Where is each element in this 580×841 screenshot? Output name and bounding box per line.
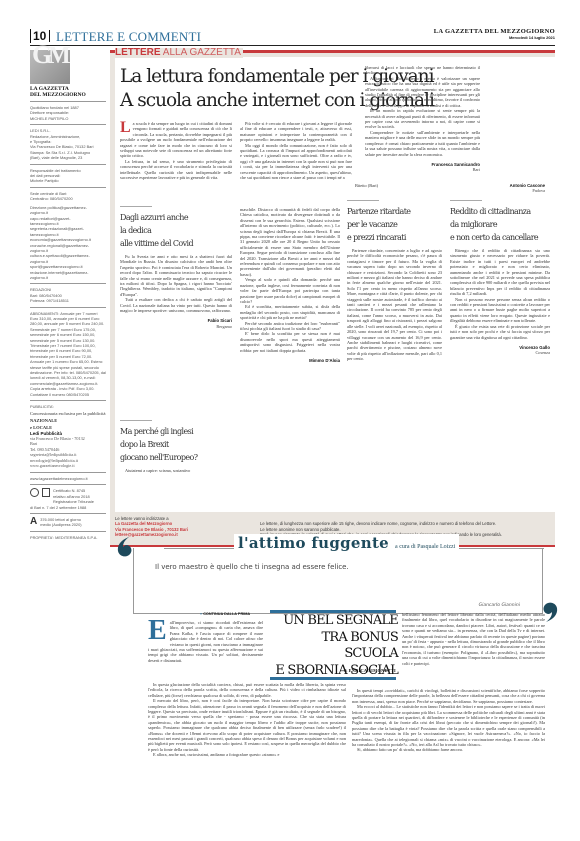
section-title: LETTERE E COMMENTI	[56, 29, 201, 45]
letter-reddito: Reddito di cittadinanza da migliorare e …	[450, 200, 550, 356]
quote-box: l'attimo fuggente a cura di Pasquale Loi…	[133, 548, 543, 614]
pubblicita-block: PUBBLICITA': Concessionaria esclusiva pe…	[30, 400, 106, 472]
letter-headline: Partenze ritardate per le vacanze e prez…	[347, 205, 442, 244]
company-block: LEDI S.R.L. Redazione, Amministrazione, …	[30, 124, 106, 163]
certification-seal-icon	[30, 488, 39, 497]
signature-block: Antonio Cascone Padova	[445, 183, 545, 194]
opinion-intro: Eall'improvviso, ci siamo ricordati dell…	[148, 620, 263, 663]
letters-content: LETTERE ALLA GAZZETTA La lettura fondame…	[115, 57, 555, 512]
continued-from-front: » CONTINUA DALLA PRIMA	[200, 612, 250, 616]
signature-city: Bitetto (Bari)	[355, 183, 395, 188]
signature-city: Bergamo	[120, 324, 232, 329]
main-headline: La lettura fondamentale per i giovani A …	[120, 65, 365, 113]
quote-title: l'attimo fuggente	[238, 534, 389, 552]
website-block: www.lagazzettadelmezzogiorno.it	[30, 472, 106, 484]
dropcap: L	[120, 121, 131, 134]
letter-vacanze: Partenze ritardate per le vacanze e prez…	[347, 200, 442, 362]
main-letter-col3: liberarsi di lacci e lacciuoli che spess…	[365, 65, 480, 173]
owner-block: PROPRIETA': MEDITERRANEA S.P.A.	[30, 531, 106, 543]
gm-logo-icon: G M	[30, 50, 70, 84]
quote-curator: a cura di Pasquale Loizzi	[395, 544, 455, 550]
newspaper-name: LA GAZZETTA DEL MEZZOGIORNO	[434, 28, 555, 35]
web-link[interactable]: www.gazzettanecrologie.it	[30, 463, 106, 469]
opinion-col1: In questa glaciazione della socialità ca…	[148, 682, 346, 758]
letter-brexit-start: Ma perché gli inglesi dopo la Brexit gio…	[120, 420, 232, 473]
main-letter-col1: La scuola è da sempre un luogo in cui i …	[120, 121, 232, 180]
main-letter-col2: Più volte si è cercato di educare i giov…	[240, 121, 352, 180]
submission-address: Le lettere vanno indirizzate a La Gazzet…	[115, 516, 188, 537]
opinion-col2-top: bellissimo fenomeno del lettore liberato…	[402, 612, 545, 666]
quote-text: Il vero maestro è quello che ti insegna …	[155, 561, 355, 574]
readers-block: A 376.000 lettori al giorno medio (Audip…	[30, 513, 106, 531]
letters-section: LETTERE ALLA GAZZETTA La lettura fondame…	[110, 50, 555, 547]
signature-city: Cosenza	[450, 350, 550, 355]
quote-title-block: l'attimo fuggente a cura di Pasquale Loi…	[234, 534, 459, 553]
logo-name: LA GAZZETTA DEL MEZZOGIORNO	[30, 86, 106, 98]
certification-block: Certificato N. 8745 relativo all'anno 20…	[30, 484, 106, 513]
signature: Mimmo D'Aloia	[240, 358, 340, 363]
letter-headline: Ma perché gli inglesi dopo la Brexit gio…	[120, 425, 232, 464]
director-block: Quotidiano fondato nel 1887 Direttore re…	[30, 101, 106, 124]
redazioni-block: REDAZIONI Bari: 080/5470400 Potenza: 097…	[30, 283, 106, 306]
website-link[interactable]: www.lagazzettadelmezzogiorno.it	[30, 476, 106, 481]
open-quote-icon	[115, 536, 137, 558]
quote-author: Giancarlo Giannini	[479, 603, 520, 608]
fieg-logo-icon	[42, 488, 50, 497]
letter-brexit-body: maschile. Distacco di comunità di fedeli…	[240, 207, 340, 363]
headquarters-block: Sede centrale di Bari: Centralino: 080/5…	[30, 187, 106, 284]
page-header: 10 LETTERE E COMMENTI LA GAZZETTA DEL ME…	[30, 28, 555, 46]
letter-headline: Reddito di cittadinanza da migliorare e …	[450, 205, 550, 244]
opinion-byline: di ENRICA SIMONETTI	[270, 668, 396, 673]
opinion-col2: In questi tempi «coviddati», carichi di …	[352, 688, 545, 753]
dropcap: E	[148, 620, 167, 642]
signature-city: Bari	[365, 167, 480, 172]
privacy-block: Responsabile del trattamento dei dati pe…	[30, 164, 106, 187]
abbonamenti-block: ABBONAMENTI: Annuale per 7 numeri Euro 3…	[30, 307, 106, 401]
letter-headline: Dagli azzurri anche la dedica alle vitti…	[120, 211, 232, 250]
signature-city: Padova	[445, 188, 545, 193]
blue-rule	[270, 677, 396, 680]
letters-tag: LETTERE ALLA GAZZETTA	[115, 48, 243, 58]
double-arrow-icon: »	[200, 612, 202, 616]
masthead-small: LA GAZZETTA DEL MEZZOGIORNO Mercoledì 14…	[434, 28, 555, 40]
audipress-icon: A	[30, 517, 37, 527]
issue-date: Mercoledì 14 luglio 2021	[434, 35, 555, 40]
letter-azzurri: Dagli azzurri anche la dedica alle vitti…	[120, 206, 232, 329]
colophon-sidebar: G M LA GAZZETTA DEL MEZZOGIORNO Quotidia…	[30, 50, 106, 543]
